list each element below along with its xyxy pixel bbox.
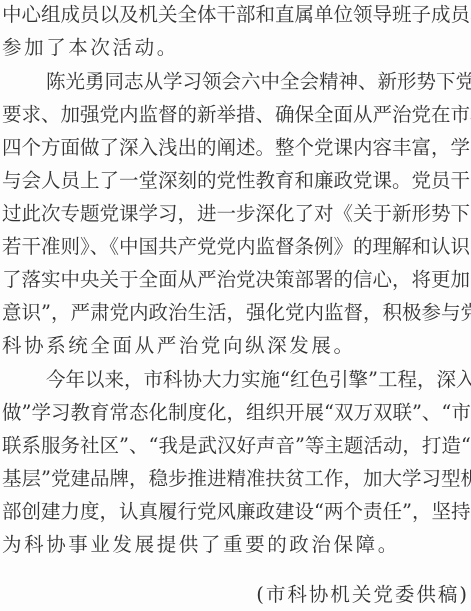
text-line: 基层”党建品牌，稳步推进精准扶贫工作，加大学习型机关和红旗党支 <box>2 464 471 494</box>
text-line: 若干准则》、《中国共产党党内监督条例》的理解和认识，进一步坚定 <box>2 232 471 262</box>
text-line: 联系服务社区”、“我是武汉好声音”等主题活动，打造“科协干部下 <box>2 431 471 461</box>
text-line: 陈光勇同志从学习领会六中全会精神、新形势下党内政治生活的新 <box>46 67 471 97</box>
text-line: 今年以来，市科协大力实施“红色引擎”工程，深入推进“两学一 <box>46 365 471 395</box>
text-line: 与会人员上了一堂深刻的党性教育和廉政党课。党员干部纷纷表示，通 <box>2 166 471 196</box>
document-page: 中心组成员以及机关全体干部和直属单位领导班子成员、党员干部代表 参加了本次活动。… <box>0 0 471 611</box>
text-line: 四个方面做了深入浅出的阐述。整个党课内容丰富，学习认识深刻，给 <box>2 133 471 163</box>
text-line: 做”学习教育常态化制度化，组织开展“双万双联”、“市直机关干部 <box>2 398 471 428</box>
text-line: 部创建力度，认真履行党风廉政建设“两个责任”，坚持全面从严治党， <box>2 497 471 527</box>
text-line: 要求、加强党内监督的新举措、确保全面从严治党在市科协落地生根等 <box>2 100 471 130</box>
text-line: 意识”，严肃党内政治生活，强化党内监督，积极参与党的建设，推动 <box>2 298 471 328</box>
text-line: 中心组成员以及机关全体干部和直属单位领导班子成员、党员干部代表 <box>2 0 471 30</box>
text-line: 参加了本次活动。 <box>2 33 471 63</box>
text-line: 科协系统全面从严治党向纵深发展。 <box>2 331 471 361</box>
text-line: 了落实中央关于全面从严治党决策部署的信心，将更加牢固树立“四个 <box>2 265 471 295</box>
signature: (市科协机关党委供稿) <box>256 580 469 610</box>
text-line: 为科协事业发展提供了重要的政治保障。 <box>2 530 471 560</box>
text-line: 过此次专题党课学习，进一步深化了对《关于新形势下党内政治生活的 <box>2 199 471 229</box>
